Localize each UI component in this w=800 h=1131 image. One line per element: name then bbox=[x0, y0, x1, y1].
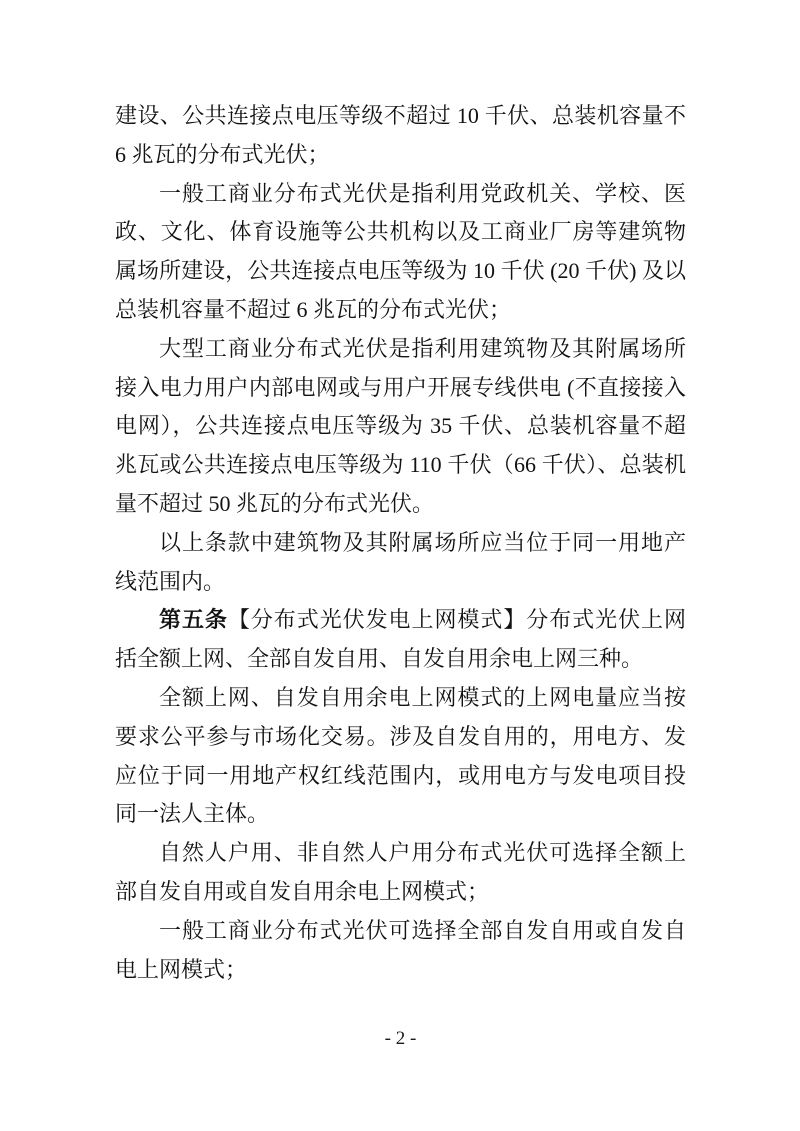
text-line: 接入电力用户内部电网或与用户开展专线供电 (不直接接入公共 bbox=[115, 369, 686, 408]
paragraph-general-commercial-definition: 一般工商业分布式光伏是指利用党政机关、学校、医院、市 政、文化、体育设施等公共机… bbox=[115, 175, 686, 330]
paragraph-red-line-clause: 以上条款中建筑物及其附属场所应当位于同一用地产权红 线范围内。 bbox=[115, 524, 686, 602]
document-page: 建设、公共连接点电压等级不超过 10 千伏、总装机容量不超过 6 兆瓦的分布式光… bbox=[0, 0, 800, 1131]
paragraph-article-5: 第五条【分布式光伏发电上网模式】分布式光伏上网模式包 括全额上网、全部自发自用、… bbox=[115, 601, 686, 679]
text-line: 一般工商业分布式光伏是指利用党政机关、学校、医院、市 bbox=[115, 175, 686, 214]
text-line: 总装机容量不超过 6 兆瓦的分布式光伏； bbox=[115, 291, 686, 330]
text-line: 第五条【分布式光伏发电上网模式】分布式光伏上网模式包 bbox=[115, 601, 686, 640]
text-line: 全额上网、自发自用余电上网模式的上网电量应当按照有关 bbox=[115, 679, 686, 718]
text-line: 以上条款中建筑物及其附属场所应当位于同一用地产权红 bbox=[115, 524, 686, 563]
text-line: 电网），公共连接点电压等级为 35 千伏、总装机容量不超过 20 bbox=[115, 407, 686, 446]
text-line: 电上网模式； bbox=[115, 951, 686, 990]
text-line: 同一法人主体。 bbox=[115, 795, 686, 834]
text-line: 大型工商业分布式光伏是指利用建筑物及其附属场所建设， bbox=[115, 330, 686, 369]
paragraph-market-trading: 全额上网、自发自用余电上网模式的上网电量应当按照有关 要求公平参与市场化交易。涉… bbox=[115, 679, 686, 834]
paragraph-general-commercial-modes: 一般工商业分布式光伏可选择全部自发自用或自发自用余 电上网模式； bbox=[115, 912, 686, 990]
page-number: - 2 - bbox=[115, 1027, 686, 1051]
text-line: 部自发自用或自发自用余电上网模式； bbox=[115, 873, 686, 912]
text-line: 属场所建设，公共连接点电压等级为 10 千伏 (20 千伏) 及以下、 bbox=[115, 252, 686, 291]
text-line: 6 兆瓦的分布式光伏； bbox=[115, 136, 686, 175]
text-line: 自然人户用、非自然人户用分布式光伏可选择全额上网、全 bbox=[115, 834, 686, 873]
paragraph-household-modes: 自然人户用、非自然人户用分布式光伏可选择全额上网、全 部自发自用或自发自用余电上… bbox=[115, 834, 686, 912]
paragraph-large-commercial-definition: 大型工商业分布式光伏是指利用建筑物及其附属场所建设， 接入电力用户内部电网或与用… bbox=[115, 330, 686, 524]
text-line: 一般工商业分布式光伏可选择全部自发自用或自发自用余 bbox=[115, 912, 686, 951]
text-line: 括全额上网、全部自发自用、自发自用余电上网三种。 bbox=[115, 640, 686, 679]
text-line: 要求公平参与市场化交易。涉及自发自用的，用电方、发电项目 bbox=[115, 718, 686, 757]
text-line: 量不超过 50 兆瓦的分布式光伏。 bbox=[115, 485, 686, 524]
text-line: 建设、公共连接点电压等级不超过 10 千伏、总装机容量不超过 bbox=[115, 97, 686, 136]
paragraph-continuation: 建设、公共连接点电压等级不超过 10 千伏、总装机容量不超过 6 兆瓦的分布式光… bbox=[115, 97, 686, 175]
text-line: 兆瓦或公共连接点电压等级为 110 千伏（66 千伏）、总装机容 bbox=[115, 446, 686, 485]
article-number: 第五条 bbox=[159, 607, 228, 632]
text-line: 应位于同一用地产权红线范围内，或用电方与发电项目投资方为 bbox=[115, 757, 686, 796]
text-line: 线范围内。 bbox=[115, 563, 686, 602]
text-line: 政、文化、体育设施等公共机构以及工商业厂房等建筑物及其附 bbox=[115, 213, 686, 252]
